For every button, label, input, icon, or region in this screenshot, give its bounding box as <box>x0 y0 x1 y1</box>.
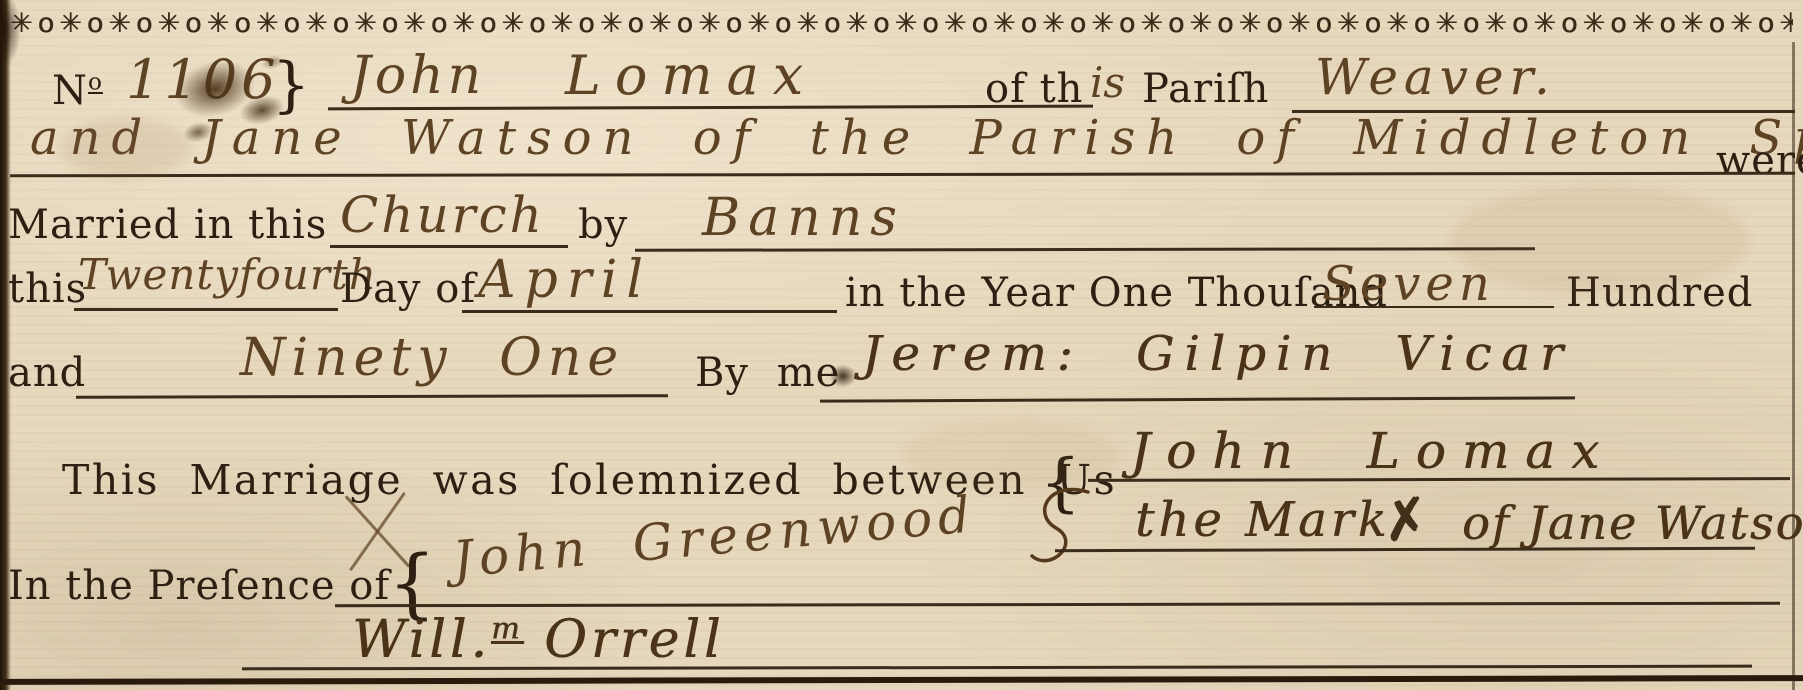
page-corner-blotch <box>0 0 30 74</box>
rule-bride-line <box>10 172 1795 177</box>
printed-were: were <box>1716 138 1803 184</box>
handwritten-church: Church <box>340 186 545 244</box>
printed-by-me: By me <box>695 350 840 396</box>
handwritten-day: Twentyfourth <box>78 250 377 299</box>
groom-first-name: John <box>350 46 485 106</box>
rule-banns <box>635 247 1535 252</box>
printed-and: and <box>8 350 86 396</box>
no-superscript: o <box>88 69 103 96</box>
rule-officiant <box>820 396 1575 402</box>
printed-day-of: Day of <box>340 266 476 312</box>
witness-2-signature: Will.m Orrell <box>352 610 725 670</box>
paper-stain <box>60 118 190 178</box>
handwritten-year-tens: Ninety One <box>240 328 624 388</box>
witness-2-surname: Orrell <box>524 610 725 670</box>
witness-2-superscript: m <box>491 612 524 647</box>
handwritten-banns: Banns <box>702 188 905 248</box>
bride-mark-pre: the Mark <box>1135 492 1391 548</box>
bride-mark-x: ✗ <box>1378 485 1434 556</box>
ink-blot-small <box>822 358 864 394</box>
rule-century <box>1314 306 1554 308</box>
marriage-register-page: ✳o✳o✳o✳o✳o✳o✳o✳o✳o✳o✳o✳o✳o✳o✳o✳o✳o✳o✳o✳o… <box>0 0 1803 690</box>
rule-year-tens <box>76 394 668 399</box>
handwritten-is: is <box>1090 58 1125 107</box>
rule-church <box>330 245 568 248</box>
rule-month <box>462 310 837 313</box>
bride-mark-post: of Jane Watson <box>1462 496 1803 550</box>
printed-presence: In the Preſence of <box>8 563 390 609</box>
bride-line: and Jane Watson of the Parish of Middlet… <box>30 110 1803 166</box>
rule-witness-1 <box>335 602 1780 608</box>
entry-bottom-border <box>0 675 1803 685</box>
pen-flourish <box>1026 486 1098 572</box>
printed-year-phrase: in the Year One Thouſand <box>845 270 1388 316</box>
groom-signature: John Lomax <box>1130 422 1615 480</box>
paper-stain <box>900 420 1120 490</box>
groom-occupation: Weaver. <box>1315 48 1556 106</box>
witness-2-name: Will. <box>352 610 491 670</box>
rule-groom-signature <box>1088 477 1790 482</box>
handwritten-month: April <box>478 250 652 310</box>
printed-by: by <box>578 202 628 248</box>
printed-this: this <box>8 266 87 312</box>
groom-surname: Lomax <box>565 44 817 107</box>
page-left-edge <box>0 0 11 690</box>
register-number-label: No <box>52 68 103 114</box>
printed-married-in-this: Married in this <box>8 202 327 248</box>
no-text: N <box>52 68 88 114</box>
rule-day <box>74 308 338 311</box>
printed-parish: Pariſh <box>1142 66 1269 112</box>
paper-stain <box>1450 185 1750 295</box>
officiant-signature: Jerem: Gilpin Vicar <box>862 326 1573 382</box>
page-right-edge <box>1792 42 1795 690</box>
printed-of-this: of th <box>985 66 1083 112</box>
